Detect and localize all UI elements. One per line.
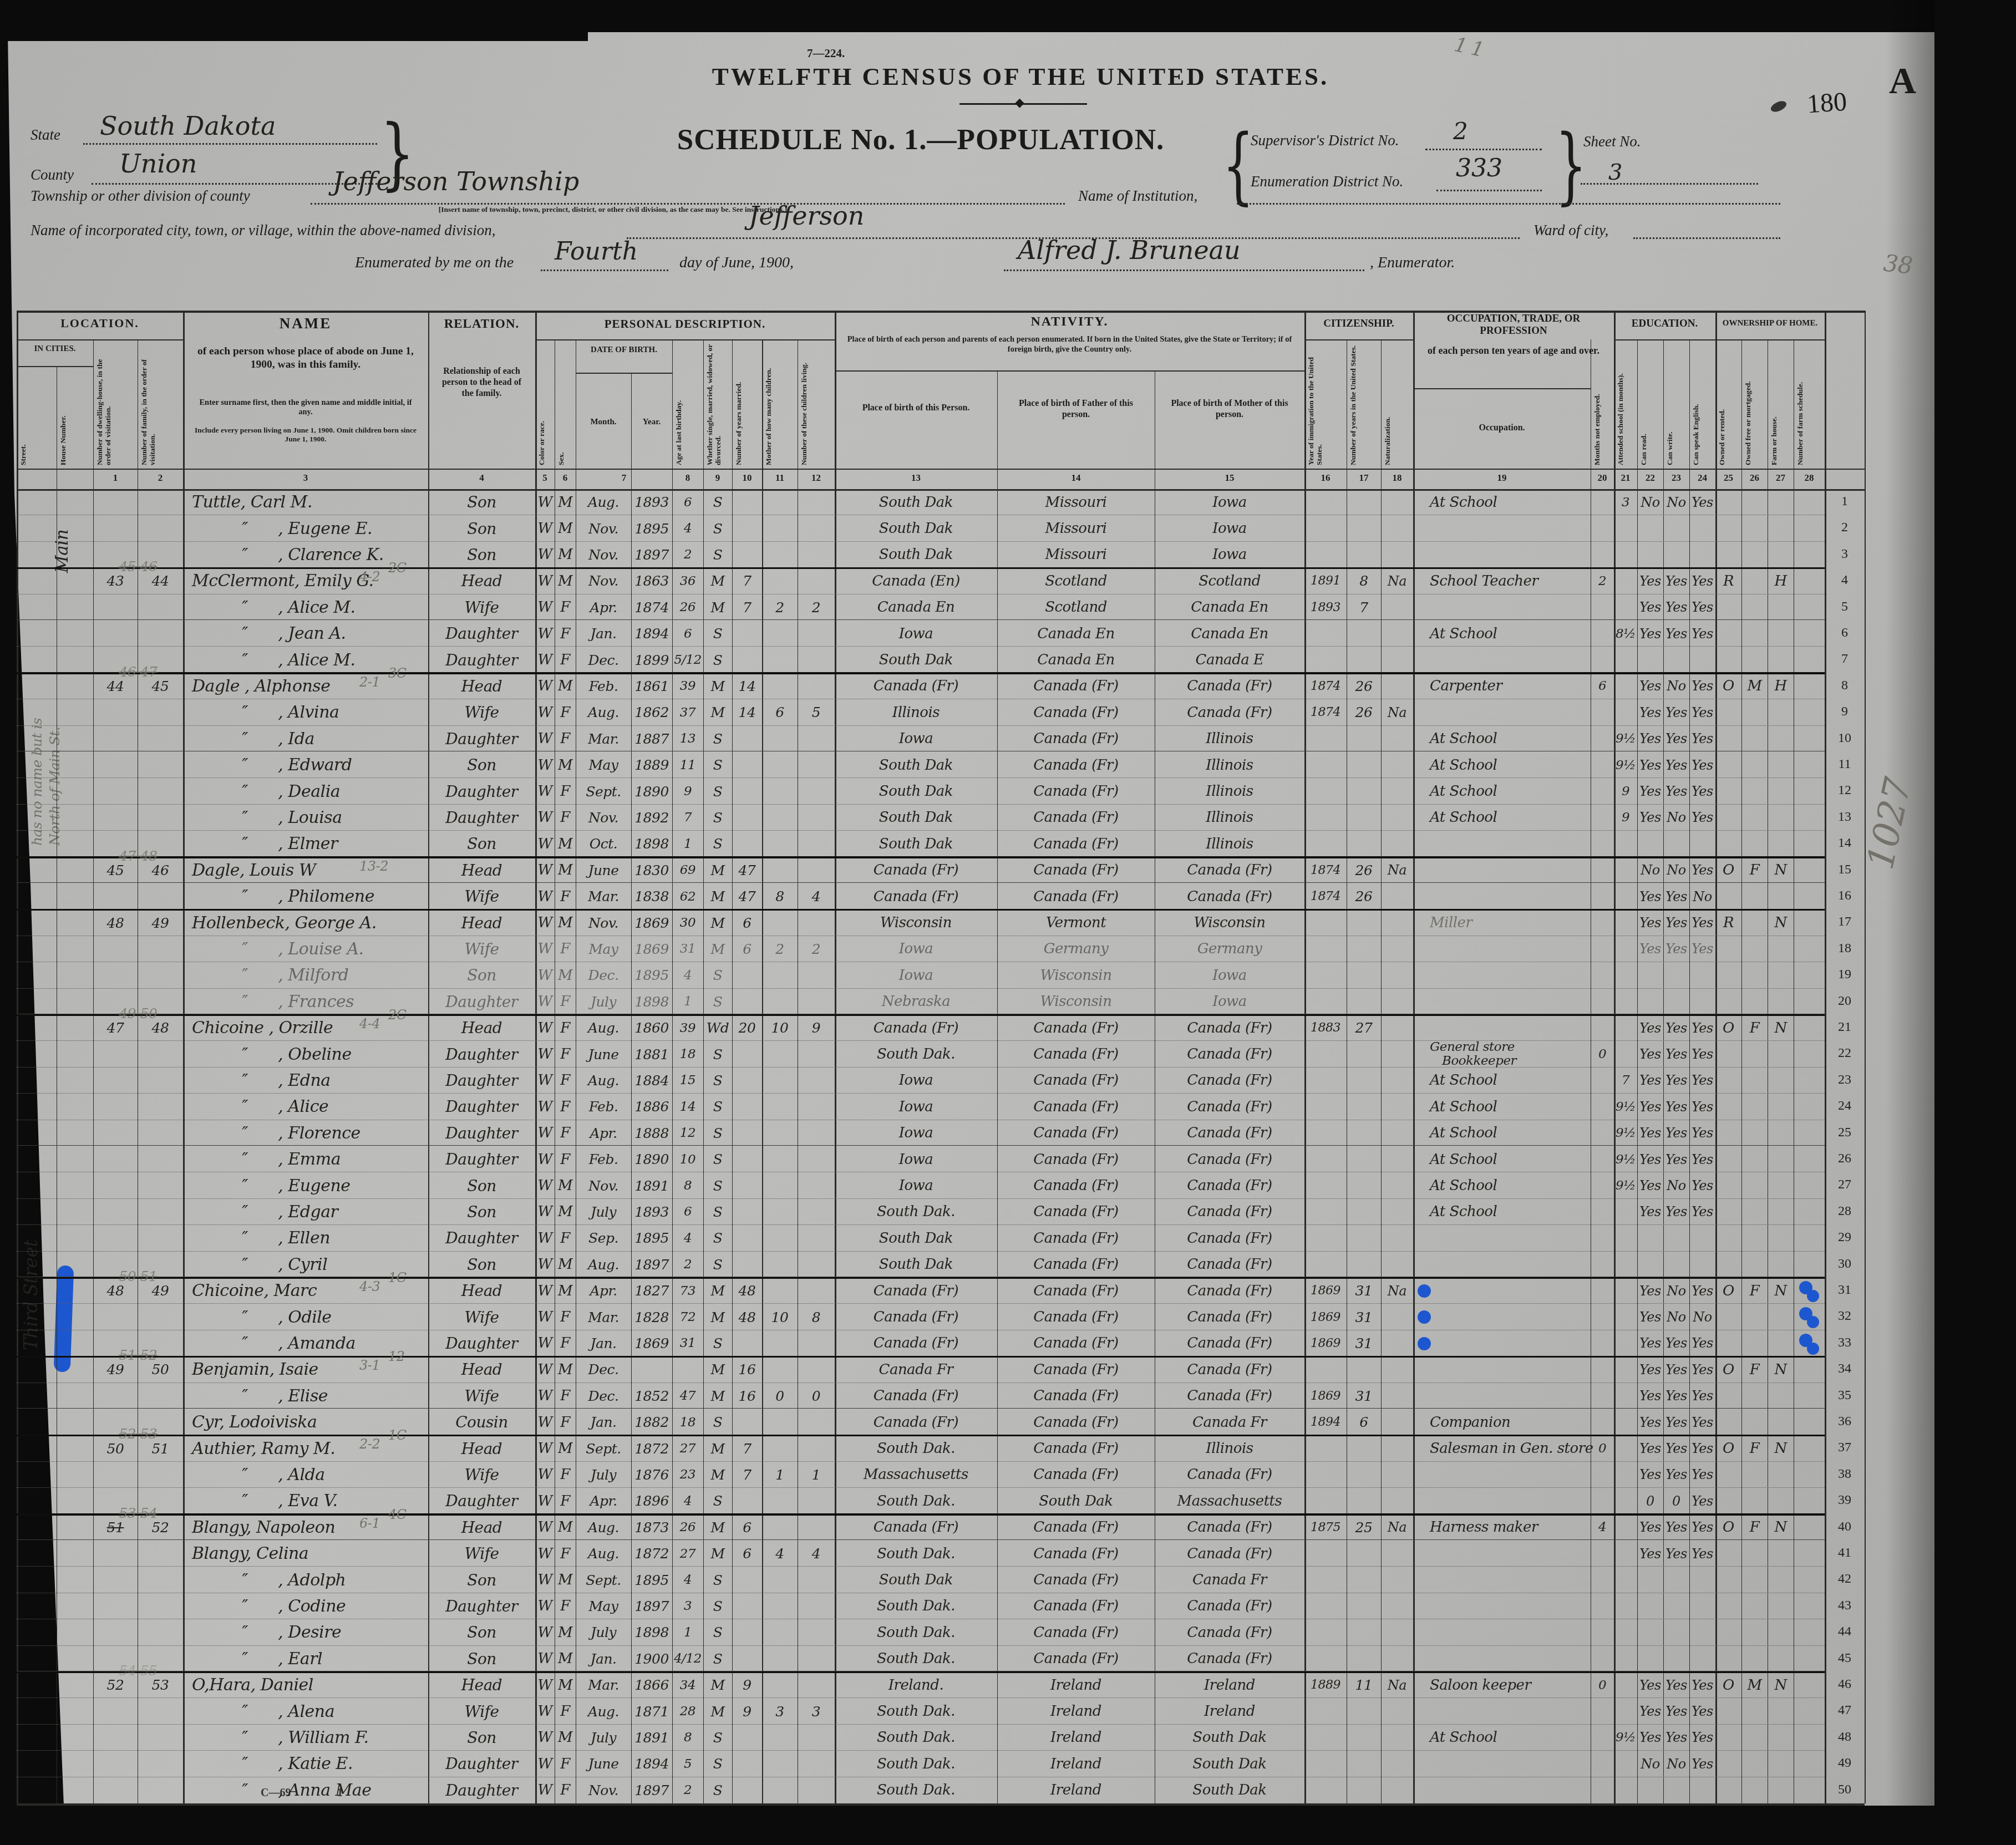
grid-line [1304, 339, 1413, 340]
column-group-header: OWNERSHIP OF HOME. [1715, 318, 1825, 328]
cell-pm: Iowa [1155, 989, 1304, 1015]
cell-pm: Iowa [1155, 489, 1304, 515]
cell-occ: At School [1420, 1725, 1601, 1751]
cell-ag: 4 [672, 1225, 703, 1251]
cell-c: W [535, 831, 555, 857]
cell-sx: F [555, 699, 576, 725]
cell-mo: Sept. [576, 778, 631, 804]
cell-c: W [535, 1567, 555, 1593]
cell-occ: At School [1420, 1068, 1601, 1094]
cell-en: Yes [1689, 1094, 1715, 1120]
cell-ag: 5 [672, 1751, 703, 1777]
cell-rel: Head [428, 1435, 535, 1461]
cell-yr: 1897 [631, 542, 672, 568]
cell-mg: F [1741, 1015, 1768, 1041]
cell-occ: General store [1420, 1041, 1601, 1054]
cell-c: W [535, 542, 555, 568]
cell-pf: Canada (Fr) [997, 1646, 1155, 1672]
cell-mo: Mar. [576, 1304, 631, 1330]
cell-wr: Yes [1663, 1068, 1689, 1094]
cell-yu: 31 [1347, 1383, 1381, 1409]
grid-line [835, 370, 1304, 372]
cell-yr: 1890 [631, 1146, 672, 1172]
cell-wr: Yes [1663, 621, 1689, 647]
cell-sx: F [555, 1146, 576, 1172]
cell-rel: Son [428, 752, 535, 778]
cell-pob: South Dak. [835, 1619, 997, 1645]
cell-pf: Canada En [997, 647, 1155, 673]
cell-yr: 1895 [631, 1225, 672, 1251]
cell-rel: Head [428, 673, 535, 699]
cell-cl: 2 [798, 936, 835, 962]
cell-rel: Head [428, 857, 535, 883]
cell-yr: 1866 [631, 1672, 672, 1698]
pencil-code-above: 1C [388, 1270, 433, 1285]
cell-sch: 9 [1614, 778, 1637, 804]
cell-yr: 1898 [631, 989, 672, 1015]
column-group-header: Place of birth of each person and parent… [843, 335, 1296, 354]
cell-rel: Head [428, 1278, 535, 1304]
cell-pob: South Dak. [835, 1541, 997, 1567]
cell-wr: No [1663, 1304, 1689, 1330]
cell-im: 1874 [1304, 883, 1347, 909]
cell-ag: 18 [672, 1409, 703, 1435]
cell-rel: Son [428, 542, 535, 568]
cell-mo: May [576, 752, 631, 778]
cell-rel: Wife [428, 1462, 535, 1488]
cell-wr: Yes [1663, 1435, 1689, 1461]
cell-mo: Nov. [576, 542, 631, 568]
cell-ag: 2 [672, 1252, 703, 1278]
cell-name: ″ , Odile [185, 1304, 435, 1330]
cell-en: Yes [1689, 594, 1715, 621]
cell-ms: S [703, 752, 732, 778]
cell-yr: 1838 [631, 883, 672, 909]
cell-sx: M [555, 1356, 576, 1383]
cell-en: Yes [1689, 1462, 1715, 1488]
cell-yr: 1872 [631, 1541, 672, 1567]
cell-pm: Canada (Fr) [1155, 699, 1304, 725]
cell-name: ″ , Alice [185, 1094, 435, 1120]
row-line-number: 2 [1825, 520, 1865, 535]
row-line-number: 47 [1825, 1703, 1865, 1718]
cell-pm: Canada (Fr) [1155, 857, 1304, 883]
column-group-header: OCCUPATION, TRADE, OR PROFESSION [1418, 313, 1609, 337]
cell-wr: 0 [1663, 1488, 1689, 1514]
cell-occ: Companion [1420, 1409, 1601, 1435]
cell-yr: 1873 [631, 1514, 672, 1541]
cell-im: 1874 [1304, 699, 1347, 725]
cell-pf: Canada (Fr) [997, 1120, 1155, 1146]
cell-occ: At School [1420, 1172, 1601, 1198]
row-line-number: 7 [1825, 652, 1865, 667]
cell-pm: Massachusetts [1155, 1488, 1304, 1514]
cell-yr: 1898 [631, 1619, 672, 1645]
cell-pm: Wisconsin [1155, 909, 1304, 936]
cell-pob: Canada (Fr) [835, 1383, 997, 1409]
cell-en: Yes [1689, 1514, 1715, 1541]
row-line-number: 34 [1825, 1361, 1865, 1376]
cell-pf: Canada (Fr) [997, 752, 1155, 778]
row-line-number: 39 [1825, 1493, 1865, 1508]
cell-mo: Aug. [576, 1541, 631, 1567]
cell-pm: Canada (Fr) [1155, 1252, 1304, 1278]
cell-ag: 6 [672, 489, 703, 515]
column-group-header: EDUCATION. [1614, 317, 1715, 330]
cell-sx: F [555, 1120, 576, 1146]
cell-c: W [535, 1252, 555, 1278]
cell-pob: Iowa [835, 1094, 997, 1120]
cell-ag: 4 [672, 1488, 703, 1514]
row-line-number: 6 [1825, 626, 1865, 641]
cell-pf: Canada (Fr) [997, 1225, 1155, 1251]
cell-im: 1874 [1304, 857, 1347, 883]
cell-mne: 0 [1591, 1041, 1614, 1067]
cell-sx: M [555, 1278, 576, 1304]
cell-wr: Yes [1663, 752, 1689, 778]
cell-mg: F [1741, 1514, 1768, 1541]
cell-sch: 9½ [1614, 1146, 1637, 1172]
cell-en: Yes [1689, 936, 1715, 962]
grid-line [1865, 311, 1866, 1803]
cell-name: Blangy, Celina [185, 1541, 435, 1567]
cell-yr: 1891 [631, 1172, 672, 1198]
cell-pf: Missouri [997, 542, 1155, 568]
row-line-number: 49 [1825, 1756, 1865, 1771]
cell-wr: Yes [1663, 1725, 1689, 1751]
row-line-number: 22 [1825, 1046, 1865, 1061]
column-rotated-label: Owned free or mortgaged. [1744, 342, 1765, 465]
grid-line [798, 339, 798, 1803]
cell-name: ″ , Katie E. [185, 1751, 435, 1777]
column-number: 17 [1347, 472, 1381, 484]
cell-c: W [535, 647, 555, 673]
cell-ms: S [703, 962, 732, 988]
row-line-number: 13 [1825, 810, 1865, 825]
cell-sx: F [555, 1041, 576, 1067]
cell-yr: 1884 [631, 1068, 672, 1094]
cell-name: ″ , Desire [185, 1619, 435, 1645]
cell-pf: Missouri [997, 515, 1155, 541]
cell-pob: South Dak. [835, 1751, 997, 1777]
cell-ms: S [703, 1041, 732, 1067]
cell-en: Yes [1689, 1278, 1715, 1304]
struck-numbers: 53 54 [93, 1505, 183, 1521]
cell-ag: 27 [672, 1541, 703, 1567]
cell-sx: F [555, 1304, 576, 1330]
cell-fh: N [1768, 1672, 1794, 1698]
column-number: 1 [93, 472, 138, 484]
cell-yu: 31 [1347, 1304, 1381, 1330]
column-rotated-label: Number of years married. [734, 342, 760, 465]
cell-en: Yes [1689, 752, 1715, 778]
row-line-number: 37 [1825, 1440, 1865, 1455]
row-line-number: 17 [1825, 914, 1865, 929]
cell-ag: 4 [672, 962, 703, 988]
cell-mg: F [1741, 1356, 1768, 1383]
cell-im: 1894 [1304, 1409, 1347, 1435]
cell-ms: S [703, 515, 732, 541]
cell-wr: Yes [1663, 1094, 1689, 1120]
cell-ms: S [703, 1252, 732, 1278]
cell-rel: Daughter [428, 805, 535, 831]
cell-ag: 1 [672, 1619, 703, 1645]
cell-ms: S [703, 1094, 732, 1120]
cell-ag: 26 [672, 594, 703, 621]
cell-rel: Son [428, 831, 535, 857]
pencil-code-above: 4C [388, 1507, 433, 1522]
cell-cl: 4 [798, 1541, 835, 1567]
cell-ag: 34 [672, 1672, 703, 1698]
cell-mb: 3 [762, 1698, 798, 1724]
cell-rd: Yes [1637, 1330, 1663, 1356]
cell-ym: 14 [732, 699, 762, 725]
cell-ag: 12 [672, 1120, 703, 1146]
column-rotated-label: Can write. [1665, 342, 1687, 465]
cell-rel: Wife [428, 594, 535, 621]
row-line-number: 44 [1825, 1624, 1865, 1639]
cell-mo: June [576, 857, 631, 883]
cell-yr: 1882 [631, 1409, 672, 1435]
cell-ms: S [703, 1619, 732, 1645]
cell-fh: N [1768, 1015, 1794, 1041]
cell-pob: Canada (Fr) [835, 673, 997, 699]
cell-pf: Scotland [997, 568, 1155, 594]
cell-pf: Ireland [997, 1698, 1155, 1724]
cell-mo: Oct. [576, 831, 631, 857]
cell-yu: 8 [1347, 568, 1381, 594]
cell-yr: 1881 [631, 1041, 672, 1067]
cell-mo: Apr. [576, 594, 631, 621]
cell-en: Yes [1689, 1383, 1715, 1409]
grid-line [1304, 311, 1306, 1803]
cell-ym: 47 [732, 883, 762, 909]
cell-pob: South Dak [835, 1567, 997, 1593]
column-number: 11 [762, 472, 798, 484]
cell-mb: 2 [762, 594, 798, 621]
cell-sch: 9½ [1614, 1120, 1637, 1146]
cell-pob: South Dak. [835, 1593, 997, 1619]
cell-yr: 1828 [631, 1304, 672, 1330]
cell-ag: 2 [672, 1777, 703, 1803]
cell-occ: At School [1420, 1094, 1601, 1120]
cell-pob: Iowa [835, 1146, 997, 1172]
cell-ms: S [703, 805, 732, 831]
grid-line [1741, 339, 1742, 1803]
row-line-number: 16 [1825, 888, 1865, 903]
row-line-number: 35 [1825, 1388, 1865, 1403]
cell-c: W [535, 1725, 555, 1751]
cell-ag: 7 [672, 805, 703, 831]
cell-pm: Illinois [1155, 752, 1304, 778]
cell-c: W [535, 805, 555, 831]
cell-ag: 13 [672, 726, 703, 752]
cell-yr: 1869 [631, 936, 672, 962]
cell-rd: Yes [1637, 778, 1663, 804]
cell-wr: Yes [1663, 1698, 1689, 1724]
cell-c: W [535, 1751, 555, 1777]
cell-mo: Dec. [576, 1383, 631, 1409]
cell-pm: Canada (Fr) [1155, 1330, 1304, 1356]
cell-mb: 10 [762, 1015, 798, 1041]
grid-line [732, 339, 733, 1803]
cell-pm: Scotland [1155, 568, 1304, 594]
cell-rd: Yes [1637, 1094, 1663, 1120]
column-number: 14 [997, 472, 1155, 484]
cell-ow: O [1715, 857, 1741, 883]
cell-rel: Daughter [428, 1094, 535, 1120]
cell-sx: F [555, 805, 576, 831]
cell-name: ″ , Eugene E. [185, 515, 435, 541]
cell-ms: S [703, 778, 732, 804]
cell-pm: Canada (Fr) [1155, 1541, 1304, 1567]
cell-pm: Iowa [1155, 542, 1304, 568]
struck-numbers: 47 48 [93, 848, 183, 864]
cell-dw: 48 [93, 909, 138, 936]
cell-mo: July [576, 1199, 631, 1225]
cell-pob: Iowa [835, 936, 997, 962]
cell-yu: 26 [1347, 883, 1381, 909]
column-number: 12 [798, 472, 835, 484]
column-rotated-label: Sex. [557, 342, 573, 465]
cell-yr: 1893 [631, 1199, 672, 1225]
cell-pm: Illinois [1155, 831, 1304, 857]
cell-ym: 6 [732, 1514, 762, 1541]
cell-yr: 1869 [631, 1330, 672, 1356]
cell-ow: O [1715, 1015, 1741, 1041]
row-line-number: 23 [1825, 1073, 1865, 1087]
cell-name: ″ , Edgar [185, 1199, 435, 1225]
column-group-header: Relationship of each person to the head … [436, 366, 527, 399]
cell-yr: 1861 [631, 673, 672, 699]
cell-c: W [535, 568, 555, 594]
cell-occ2: Bookkeeper [1420, 1054, 1613, 1066]
cell-yr: 1876 [631, 1462, 672, 1488]
cell-pf: Canada (Fr) [997, 1015, 1155, 1041]
row-line-number: 43 [1825, 1598, 1865, 1613]
cell-wr: Yes [1663, 1462, 1689, 1488]
cell-rel: Daughter [428, 778, 535, 804]
cell-sch: 9½ [1614, 1725, 1637, 1751]
column-number: 16 [1304, 472, 1347, 484]
cell-occ: At School [1420, 805, 1601, 831]
cell-yr: 1887 [631, 726, 672, 752]
column-number: 4 [428, 472, 535, 484]
pencil-code-above: 1C [388, 1427, 433, 1443]
row-line-number: 9 [1825, 704, 1865, 719]
cell-en: Yes [1689, 621, 1715, 647]
grid-line [17, 469, 1865, 470]
cell-pob: South Dak. [835, 1199, 997, 1225]
cell-c: W [535, 1619, 555, 1645]
cell-c: W [535, 752, 555, 778]
column-number: 8 [672, 472, 703, 484]
column-rotated-label: Year of immigration to the United States… [1307, 342, 1344, 465]
cell-sx: F [555, 936, 576, 962]
row-line-number: 45 [1825, 1651, 1865, 1666]
cell-pob: South Dak. [835, 1725, 997, 1751]
column-number: 23 [1663, 472, 1689, 484]
column-group-header: Place of birth of this Person. [843, 403, 989, 414]
cell-sch: 9½ [1614, 726, 1637, 752]
cell-ym: 47 [732, 857, 762, 883]
cell-c: W [535, 1041, 555, 1067]
cell-mo: Dec. [576, 1356, 631, 1383]
grid-line [17, 311, 1865, 313]
cell-yu: 11 [1347, 1672, 1381, 1698]
cell-name: Hollenbeck, George A. [185, 909, 435, 936]
cell-sx: M [555, 489, 576, 515]
grid-line [17, 339, 183, 340]
cell-pf: Wisconsin [997, 962, 1155, 988]
column-number: 13 [835, 472, 997, 484]
cell-pob: South Dak [835, 1225, 997, 1251]
cell-pm: Canada (Fr) [1155, 1514, 1304, 1541]
cell-name: ″ , Alena [185, 1698, 435, 1724]
row-line-number: 3 [1825, 547, 1865, 562]
cell-mo: Apr. [576, 1488, 631, 1514]
cell-rd: Yes [1637, 568, 1663, 594]
cell-c: W [535, 489, 555, 515]
cell-mg: M [1741, 673, 1768, 699]
cell-ow: R [1715, 909, 1741, 936]
cell-rel: Wife [428, 1698, 535, 1724]
cell-na: Na [1381, 857, 1413, 883]
cell-pf: Ireland [997, 1751, 1155, 1777]
cell-ms: S [703, 1068, 732, 1094]
cell-ag: 4 [672, 515, 703, 541]
cell-pm: Ireland [1155, 1672, 1304, 1698]
cell-rd: No [1637, 1751, 1663, 1777]
cell-rd: Yes [1637, 1015, 1663, 1041]
cell-en: Yes [1689, 778, 1715, 804]
cell-sx: F [555, 621, 576, 647]
cell-c: W [535, 1462, 555, 1488]
grid-line [1768, 339, 1768, 1803]
cell-mb: 8 [762, 883, 798, 909]
cell-pm: Canada En [1155, 621, 1304, 647]
cell-fh: N [1768, 1514, 1794, 1541]
struck-numbers: 49 50 [93, 1005, 183, 1021]
cell-ag: 4/12 [672, 1646, 703, 1672]
cell-mo: July [576, 989, 631, 1015]
cell-pf: Germany [997, 936, 1155, 962]
cell-ag: 18 [672, 1041, 703, 1067]
struck-numbers: 51 52 [93, 1347, 183, 1363]
cell-pf: Ireland [997, 1777, 1155, 1803]
cell-pob: Canada En [835, 594, 997, 621]
cell-ag: 73 [672, 1278, 703, 1304]
cell-cl: 4 [798, 883, 835, 909]
cell-c: W [535, 1646, 555, 1672]
cell-pf: South Dak [997, 1488, 1155, 1514]
pencil-code-above: 12 [388, 1349, 433, 1364]
cell-pf: Canada (Fr) [997, 1462, 1155, 1488]
row-line-number: 46 [1825, 1677, 1865, 1692]
row-line-number: 8 [1825, 678, 1865, 693]
row-line-number: 14 [1825, 836, 1865, 851]
cell-name: ″ , Codine [185, 1593, 435, 1619]
cell-rd: Yes [1637, 752, 1663, 778]
cell-c: W [535, 936, 555, 962]
cell-sx: F [555, 1462, 576, 1488]
cell-pm: Canada Fr [1155, 1409, 1304, 1435]
cell-name: ″ , Louise A. [185, 936, 435, 962]
cell-yr: 1862 [631, 699, 672, 725]
cell-yr: 1888 [631, 1120, 672, 1146]
cell-c: W [535, 1593, 555, 1619]
cell-c: W [535, 1172, 555, 1198]
